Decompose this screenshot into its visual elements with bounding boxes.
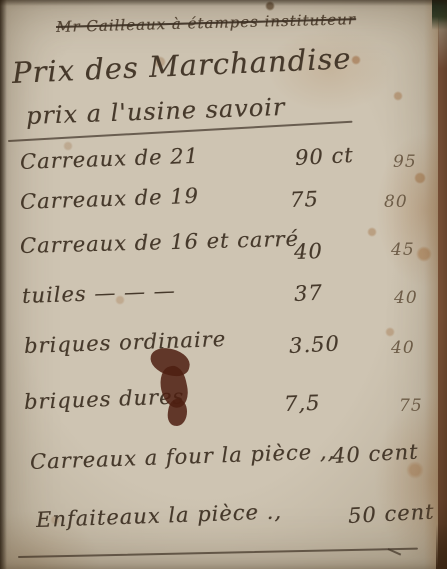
price-value: 50 cent	[347, 499, 435, 527]
price-value: 40 cent	[331, 439, 419, 467]
item-label: Carreaux de 19	[20, 184, 200, 214]
alt-price-value: 80	[384, 192, 408, 212]
item-label: Carreaux a four la pièce ,,	[30, 439, 336, 474]
binding-edge	[438, 0, 447, 569]
page-subtitle: prix a l'usine savoir	[26, 93, 286, 130]
item-label: Carreaux de 21	[20, 144, 200, 174]
item-label: tuiles — — —	[22, 279, 176, 308]
page-title: Prix des Marchandise	[11, 41, 352, 90]
price-value: 7,5	[284, 391, 321, 416]
price-value: 90 ct	[294, 143, 354, 170]
page-edge-highlight	[424, 0, 439, 569]
binding-corner-bottom	[436, 524, 447, 569]
price-value: 40	[294, 239, 324, 264]
alt-price-value: 40	[391, 338, 415, 358]
item-label: Enfaiteaux la pièce .,	[36, 499, 283, 532]
alt-price-value: 40	[394, 288, 418, 308]
price-value: 3.50	[288, 331, 340, 358]
alt-price-value: 45	[391, 240, 415, 260]
alt-price-value: 95	[393, 152, 417, 172]
page-edge-left-shadow	[0, 0, 7, 569]
price-value: 37	[293, 281, 323, 306]
item-label: briques ordinaire	[24, 327, 227, 358]
alt-price-value: 75	[399, 396, 423, 416]
crossed-note: Mr Cailleaux à étampes instituteur	[56, 10, 356, 36]
price-value: 75	[290, 187, 320, 212]
manuscript-page: Mr Cailleaux à étampes instituteur Prix …	[0, 0, 447, 569]
bottom-rule	[18, 548, 418, 558]
item-label: Carreaux de 16 et carré	[20, 227, 299, 258]
page-edge-top-shadow	[0, 0, 447, 6]
